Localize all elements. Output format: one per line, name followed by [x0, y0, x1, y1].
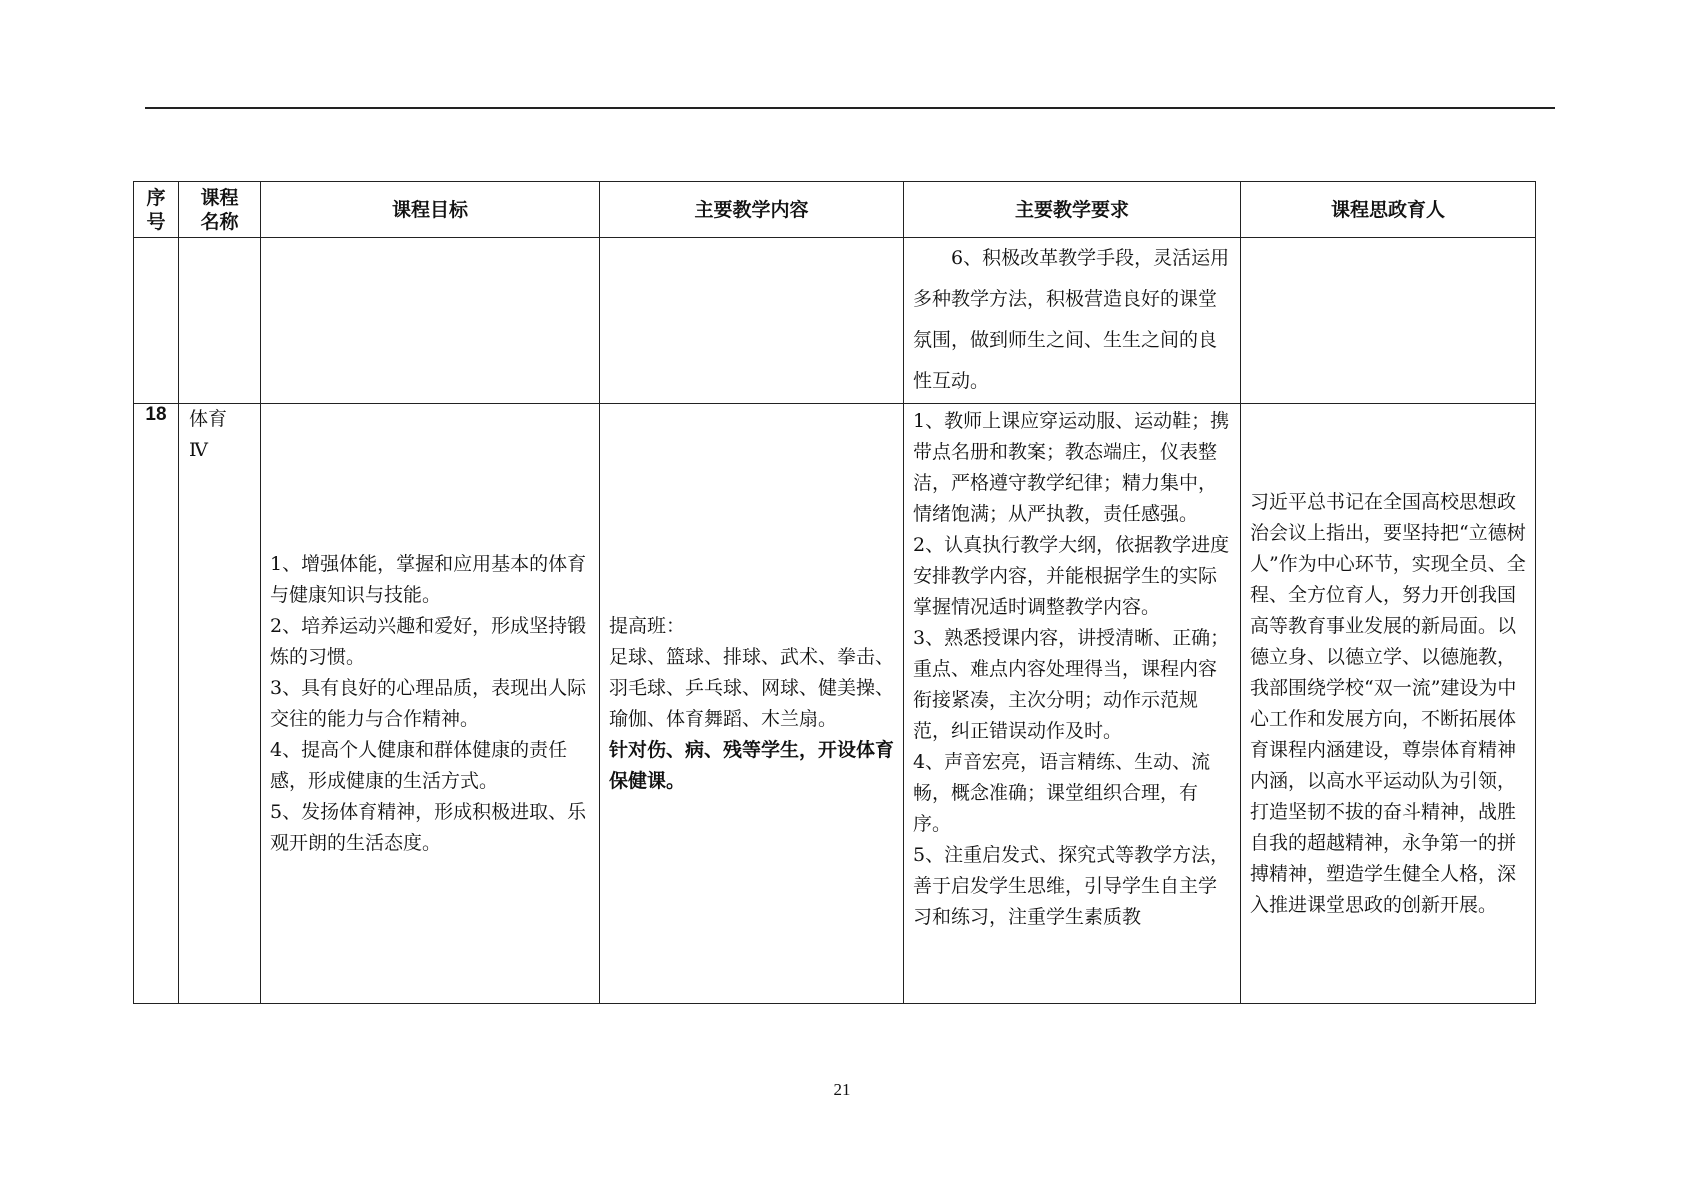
objectives-text: 1、增强体能，掌握和应用基本的体育与健康知识与技能。 2、培养运动兴趣和爱好，形…: [261, 545, 599, 863]
course-name-text: 体育 Ⅳ: [179, 404, 260, 466]
cell-objectives: 1、增强体能，掌握和应用基本的体育与健康知识与技能。 2、培养运动兴趣和爱好，形…: [261, 404, 600, 1004]
cell-course-name: 体育 Ⅳ: [179, 404, 261, 1004]
cell-ideology: 习近平总书记在全国高校思想政治会议上指出，要坚持把“立德树人”作为中心环节，实现…: [1241, 404, 1536, 1004]
cell-seq: 18: [134, 404, 179, 1004]
course-table: 序 号 课程 名称 课程目标 主要教学内容 主要教学要求 课程思政育人 6、积极…: [133, 181, 1536, 1004]
header-seq: 序 号: [134, 182, 179, 238]
requirements-text: 1、教师上课应穿运动服、运动鞋；携带点名册和教案；教态端庄，仪表整洁，严格遵守教…: [904, 404, 1240, 937]
content-bold-note: 针对伤、病、残等学生，开设体育保健课。: [600, 735, 903, 801]
cell-objectives: [261, 238, 600, 404]
ideology-text: 习近平总书记在全国高校思想政治会议上指出，要坚持把“立德树人”作为中心环节，实现…: [1241, 483, 1535, 925]
header-seq-label: 序 号: [134, 186, 178, 234]
cell-seq: [134, 238, 179, 404]
content-text: 提高班： 足球、篮球、排球、武术、拳击、羽毛球、乒乓球、网球、健美操、瑜伽、体育…: [600, 607, 903, 735]
cell-content: [600, 238, 904, 404]
header-requirements: 主要教学要求: [904, 182, 1241, 238]
cell-course-name: [179, 238, 261, 404]
header-course-name: 课程 名称: [179, 182, 261, 238]
table-row-continued: 6、积极改革教学手段，灵活运用多种教学方法，积极营造良好的课堂氛围，做到师生之间…: [134, 238, 1536, 404]
cell-content: 提高班： 足球、篮球、排球、武术、拳击、羽毛球、乒乓球、网球、健美操、瑜伽、体育…: [600, 404, 904, 1004]
table-row-18: 18 体育 Ⅳ 1、增强体能，掌握和应用基本的体育与健康知识与技能。 2、培养运…: [134, 404, 1536, 1004]
cell-ideology: [1241, 238, 1536, 404]
table-header-row: 序 号 课程 名称 课程目标 主要教学内容 主要教学要求 课程思政育人: [134, 182, 1536, 238]
page-number: 21: [0, 1080, 1684, 1100]
header-content: 主要教学内容: [600, 182, 904, 238]
header-course-name-label: 课程 名称: [179, 186, 260, 234]
header-rule: [145, 107, 1555, 109]
cell-requirements: 6、积极改革教学手段，灵活运用多种教学方法，积极营造良好的课堂氛围，做到师生之间…: [904, 238, 1241, 404]
cell-requirements: 1、教师上课应穿运动服、运动鞋；携带点名册和教案；教态端庄，仪表整洁，严格遵守教…: [904, 404, 1241, 1004]
requirements-text: 6、积极改革教学手段，灵活运用多种教学方法，积极营造良好的课堂氛围，做到师生之间…: [904, 238, 1240, 402]
header-objectives: 课程目标: [261, 182, 600, 238]
header-ideology: 课程思政育人: [1241, 182, 1536, 238]
